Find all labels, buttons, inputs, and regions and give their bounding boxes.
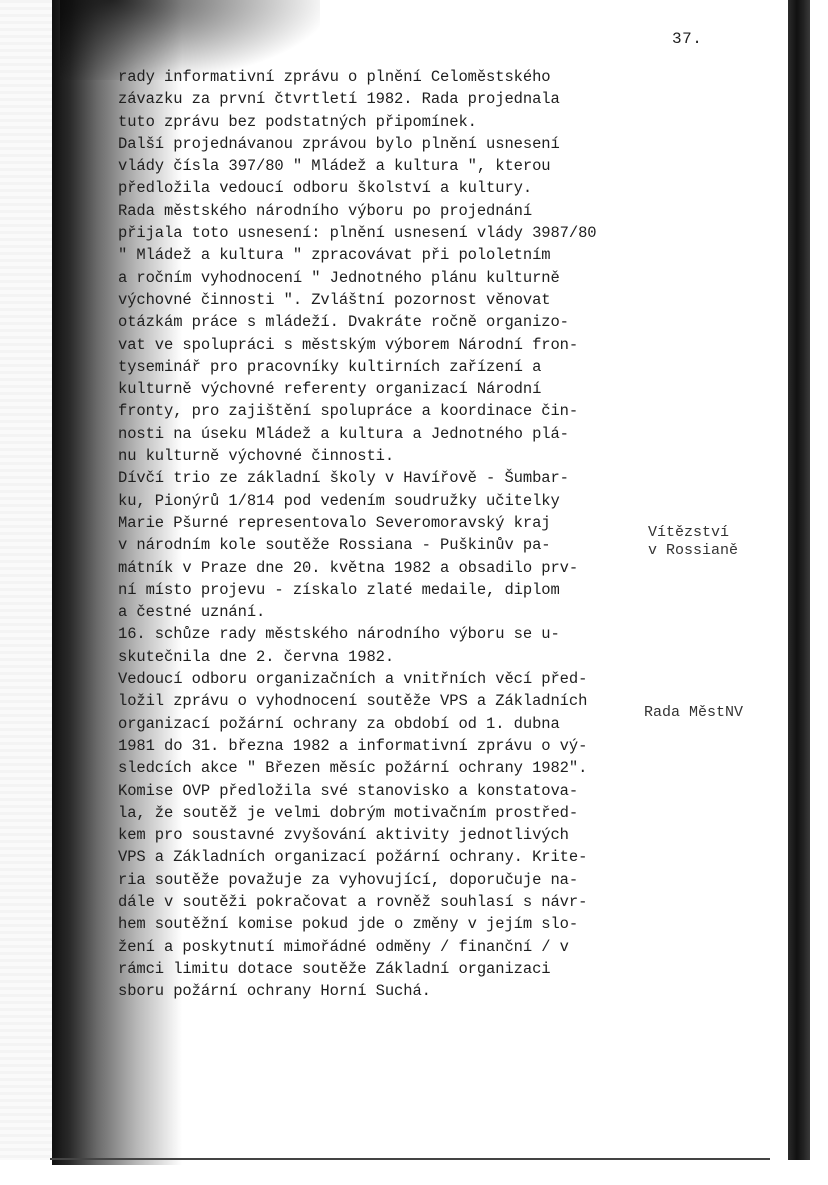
- text-line: 16. schůze rady městského národního výbo…: [118, 623, 638, 645]
- text-line: nu kulturně výchovné činnosti.: [118, 445, 638, 467]
- text-line: Vedoucí odboru organizačních a vnitřních…: [118, 668, 638, 690]
- scan-left-margin: [0, 0, 60, 1160]
- page-bottom-edge: [50, 1158, 770, 1160]
- text-line: vat ve spolupráci s městským výborem Nár…: [118, 334, 638, 356]
- scan-right-edge-bar: [788, 0, 810, 1160]
- text-line: Další projednávanou zprávou bylo plnění …: [118, 133, 638, 155]
- text-line: tuto zprávu bez podstatných připomínek.: [118, 111, 638, 133]
- text-line: přijala toto usnesení: plnění usnesení v…: [118, 222, 638, 244]
- text-line: dále v soutěži pokračovat a rovněž souhl…: [118, 891, 638, 913]
- text-line: a čestné uznání.: [118, 601, 638, 623]
- text-line: 1981 do 31. března 1982 a informativní z…: [118, 735, 638, 757]
- text-line: a ročním vyhodnocení " Jednotného plánu …: [118, 267, 638, 289]
- text-line: rady informativní zprávu o plnění Celomě…: [118, 66, 638, 88]
- page-number: 37.: [672, 30, 702, 48]
- text-line: předložila vedoucí odboru školství a kul…: [118, 177, 638, 199]
- text-line: fronty, pro zajištění spolupráce a koord…: [118, 400, 638, 422]
- text-line: rámci limitu dotace soutěže Základní org…: [118, 958, 638, 980]
- text-line: v národním kole soutěže Rossiana - Puški…: [118, 534, 638, 556]
- text-line: VPS a Základních organizací požární ochr…: [118, 846, 638, 868]
- text-line: ložil zprávu o vyhodnocení soutěže VPS a…: [118, 690, 638, 712]
- text-line: skutečnila dne 2. června 1982.: [118, 646, 638, 668]
- text-line: vlády čísla 397/80 " Mládež a kultura ",…: [118, 155, 638, 177]
- text-line: la, že soutěž je velmi dobrým motivačním…: [118, 802, 638, 824]
- text-line: sboru požární ochrany Horní Suchá.: [118, 980, 638, 1002]
- text-line: hem soutěžní komise pokud jde o změny v …: [118, 913, 638, 935]
- text-line: Komise OVP předložila své stanovisko a k…: [118, 780, 638, 802]
- text-line: otázkám práce s mládeží. Dvakráte ročně …: [118, 311, 638, 333]
- text-line: kem pro soustavné zvyšování aktivity jed…: [118, 824, 638, 846]
- text-line: nosti na úseku Mládež a kultura a Jednot…: [118, 423, 638, 445]
- text-line: žení a poskytnutí mimořádné odměny / fin…: [118, 936, 638, 958]
- margin-note-rada-mestnv: Rada MěstNV: [644, 704, 743, 722]
- text-line: " Mládež a kultura " zpracovávat při pol…: [118, 244, 638, 266]
- text-line: mátník v Praze dne 20. května 1982 a obs…: [118, 557, 638, 579]
- typewritten-body: rady informativní zprávu o plnění Celomě…: [118, 66, 638, 1002]
- text-line: Marie Pšurné representovalo Severomoravs…: [118, 512, 638, 534]
- text-line: Rada městského národního výboru po proje…: [118, 200, 638, 222]
- text-line: ní místo projevu - získalo zlaté medaile…: [118, 579, 638, 601]
- text-line: kulturně výchovné referenty organizací N…: [118, 378, 638, 400]
- text-line: ria soutěže považuje za vyhovující, dopo…: [118, 869, 638, 891]
- text-line: Dívčí trio ze základní školy v Havířově …: [118, 467, 638, 489]
- text-line: závazku za první čtvrtletí 1982. Rada pr…: [118, 88, 638, 110]
- text-line: sledcích akce " Březen měsíc požární och…: [118, 757, 638, 779]
- text-line: organizací požární ochrany za období od …: [118, 713, 638, 735]
- text-line: tyseminář pro pracovníky kultirních zaří…: [118, 356, 638, 378]
- text-line: ku, Pionýrů 1/814 pod vedením soudružky …: [118, 490, 638, 512]
- text-line: výchovné činnosti ". Zvláštní pozornost …: [118, 289, 638, 311]
- margin-note-rossiana: Vítězství v Rossianě: [648, 524, 738, 560]
